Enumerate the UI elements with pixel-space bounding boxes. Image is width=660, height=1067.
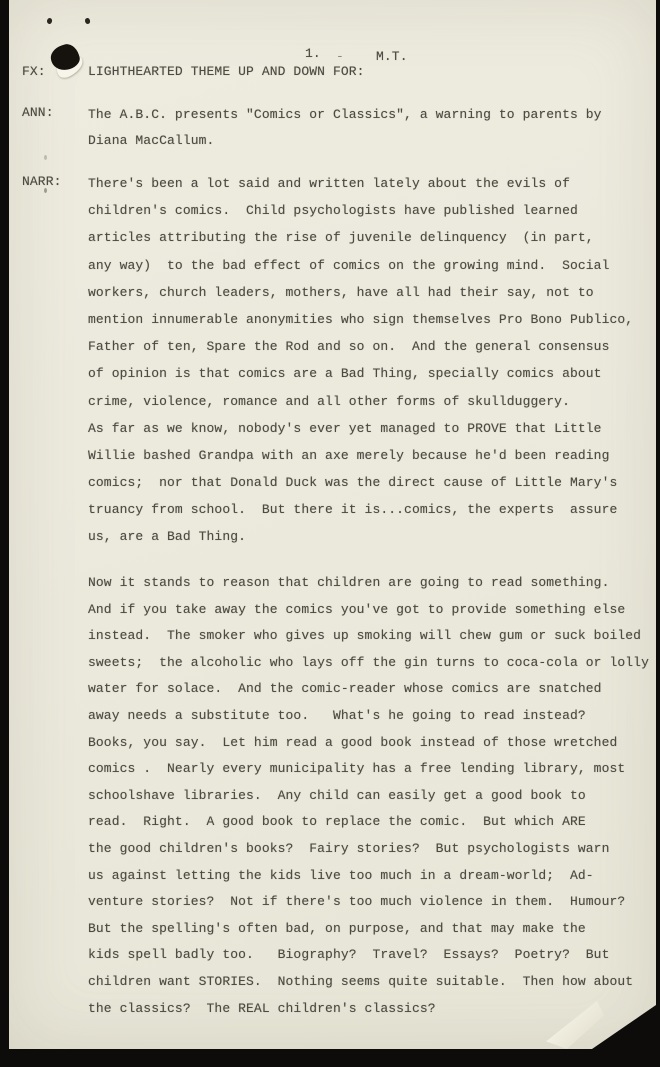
staple-mark <box>46 17 52 24</box>
script-text-line: children's comics. Child psychologists h… <box>88 197 633 224</box>
script-text-line: Books, you say. Let him read a good book… <box>88 730 649 757</box>
narr-paragraph-2: Now it stands to reason that children ar… <box>88 570 649 1022</box>
typist-initials: M.T. <box>376 49 408 64</box>
narr-label: NARR: <box>22 174 62 189</box>
script-text-line: Father of ten, Spare the Rod and so on. … <box>88 333 633 360</box>
script-text-line: venture stories? Not if there's too much… <box>88 889 649 916</box>
script-text-line: Willie bashed Grandpa with an axe merely… <box>88 442 633 469</box>
page-number: 1. <box>305 46 321 61</box>
script-page: 1. - M.T. FX: LIGHTHEARTED THEME UP AND … <box>9 0 656 1049</box>
staple-mark <box>85 18 91 25</box>
header-dash: - <box>336 49 344 64</box>
script-text-line: of opinion is that comics are a Bad Thin… <box>88 360 633 387</box>
script-text-line: And if you take away the comics you've g… <box>88 597 649 624</box>
script-text-line: truancy from school. But there it is...c… <box>88 496 633 523</box>
script-text-line: the classics? The REAL children's classi… <box>88 996 649 1023</box>
ann-label: ANN: <box>22 105 54 120</box>
script-text-line: Diana MacCallum. <box>88 128 602 154</box>
script-text-line: kids spell badly too. Biography? Travel?… <box>88 942 649 969</box>
script-text-line: water for solace. And the comic-reader w… <box>88 676 649 703</box>
script-text-line: read. Right. A good book to replace the … <box>88 809 649 836</box>
script-text-line: the good children's books? Fairy stories… <box>88 836 649 863</box>
ink-speck <box>44 155 47 160</box>
script-text-line: us, are a Bad Thing. <box>88 523 633 550</box>
script-text-line: workers, church leaders, mothers, have a… <box>88 279 633 306</box>
script-text-line: sweets; the alcoholic who lays off the g… <box>88 650 649 677</box>
fx-cue-text: LIGHTHEARTED THEME UP AND DOWN FOR: <box>88 64 365 79</box>
narr-paragraph-1: There's been a lot said and written late… <box>88 170 633 551</box>
script-text-line: instead. The smoker who gives up smoking… <box>88 623 649 650</box>
script-text-line: The A.B.C. presents "Comics or Classics"… <box>88 102 602 128</box>
script-text-line: comics . Nearly every municipality has a… <box>88 756 649 783</box>
script-text-line: But the spelling's often bad, on purpose… <box>88 916 649 943</box>
script-text-line: schoolshave libraries. Any child can eas… <box>88 783 649 810</box>
ann-speech: The A.B.C. presents "Comics or Classics"… <box>88 102 602 154</box>
script-text-line: children want STORIES. Nothing seems qui… <box>88 969 649 996</box>
script-text-line: mention innumerable anonymities who sign… <box>88 306 633 333</box>
script-text-line: There's been a lot said and written late… <box>88 170 633 197</box>
script-text-line: crime, violence, romance and all other f… <box>88 388 633 415</box>
script-text-line: Now it stands to reason that children ar… <box>88 570 649 597</box>
fx-label: FX: <box>22 64 46 79</box>
script-text-line: comics; nor that Donald Duck was the dir… <box>88 469 633 496</box>
script-text-line: articles attributing the rise of juvenil… <box>88 224 633 251</box>
script-text-line: us against letting the kids live too muc… <box>88 863 649 890</box>
script-text-line: any way) to the bad effect of comics on … <box>88 252 633 279</box>
script-text-line: away needs a substitute too. What's he g… <box>88 703 649 730</box>
script-text-line: As far as we know, nobody's ever yet man… <box>88 415 633 442</box>
